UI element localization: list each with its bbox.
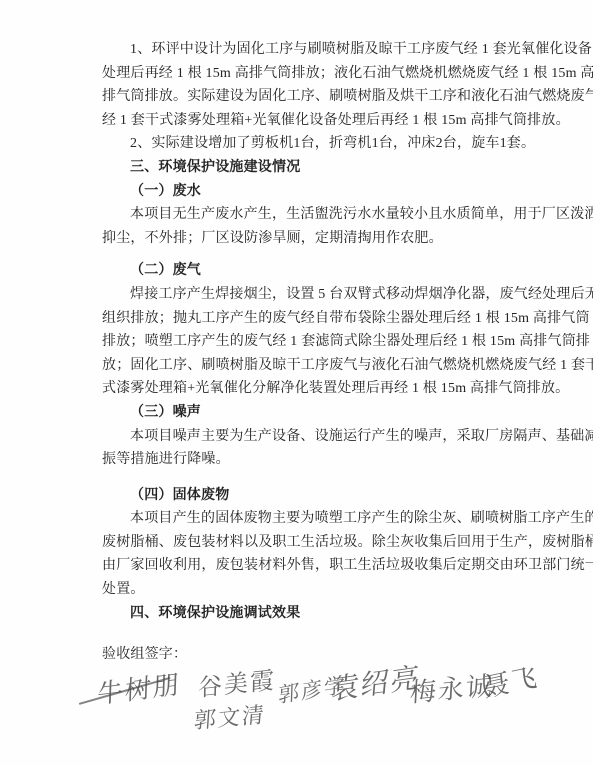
- scanned-document-page: 1、环评中设计为固化工序与刷喷树脂及晾干工序废气经 1 套光氧催化设备 处理后再…: [0, 0, 593, 766]
- subsection-heading-solid-waste: （四）固体废物: [102, 484, 540, 508]
- exhaust-gas-paragraph-line: 排放；喷塑工序产生的废气经 1 套滤筒式除尘器处理后经 1 根 15m 高排气筒…: [102, 330, 540, 354]
- paragraph-1-line: 经 1 套干式漆雾处理箱+光氧催化设备处理后再经 1 根 15m 高排气筒排放。: [102, 109, 540, 133]
- paragraph-1-line: 排气筒排放。实际建设为固化工序、刷喷树脂及烘干工序和液化石油气燃烧废气: [102, 85, 540, 109]
- paragraph-1-line: 处理后再经 1 根 15m 高排气筒排放；液化石油气燃烧机燃烧废气经 1 根 1…: [102, 62, 540, 86]
- exhaust-gas-paragraph-line: 式漆雾处理箱+光氧催化分解净化装置处理后再经 1 根 15m 高排气筒排放。: [102, 377, 540, 401]
- solid-waste-paragraph-line: 废树脂桶、废包装材料以及职工生活垃圾。除尘灰收集后回用于生产，废树脂桶: [102, 531, 540, 555]
- solid-waste-paragraph-line: 本项目产生的固体废物主要为喷塑工序产生的除尘灰、刷喷树脂工序产生的: [102, 507, 540, 531]
- subsection-heading-wastewater: （一）废水: [102, 180, 540, 204]
- section-heading-3: 三、环境保护设施建设情况: [102, 156, 540, 180]
- solid-waste-paragraph-line: 处置。: [102, 578, 540, 602]
- handwritten-signature: 牛树朋: [97, 664, 182, 712]
- subsection-heading-exhaust-gas: （二）废气: [102, 259, 540, 283]
- paragraph-1-line: 1、环评中设计为固化工序与刷喷树脂及晾干工序废气经 1 套光氧催化设备: [102, 38, 540, 62]
- noise-paragraph-line: 振等措施进行降噪。: [102, 448, 540, 472]
- handwritten-signature: 郭文清: [193, 698, 267, 736]
- acceptance-group-signature-label: 验收组签字：: [102, 643, 540, 667]
- handwritten-signature: 谷美霞: [198, 660, 276, 703]
- section-heading-4: 四、环境保护设施调试效果: [102, 602, 540, 626]
- wastewater-paragraph-line: 抑尘，不外排；厂区设防渗旱厕，定期清掏用作农肥。: [102, 227, 540, 251]
- document-text-block: 1、环评中设计为固化工序与刷喷树脂及晾干工序废气经 1 套光氧催化设备 处理后再…: [102, 38, 540, 667]
- exhaust-gas-paragraph-line: 组织排放；抛丸工序产生的废气经自带布袋除尘器处理后经 1 根 15m 高排气筒: [102, 307, 540, 331]
- noise-paragraph-line: 本项目噪声主要为生产设备、设施运行产生的噪声，采取厂房隔声、基础减: [102, 425, 540, 449]
- wastewater-paragraph-line: 本项目无生产废水产生，生活盥洗污水水量较小且水质简单，用于厂区泼洒: [102, 203, 540, 227]
- paragraph-2-line: 2、实际建设增加了剪板机1台，折弯机1台，冲床2台，旋车1套。: [102, 132, 540, 156]
- exhaust-gas-paragraph-line: 焊接工序产生焊接烟尘，设置 5 台双臂式移动焊烟净化器，废气经处理后无: [102, 283, 540, 307]
- subsection-heading-noise: （三）噪声: [102, 401, 540, 425]
- solid-waste-paragraph-line: 由厂家回收利用，废包装材料外售，职工生活垃圾收集后定期交由环卫部门统一: [102, 554, 540, 578]
- exhaust-gas-paragraph-line: 放；固化工序、刷喷树脂及晾干工序废气与液化石油气燃烧机燃烧废气经 1 套干: [102, 354, 540, 378]
